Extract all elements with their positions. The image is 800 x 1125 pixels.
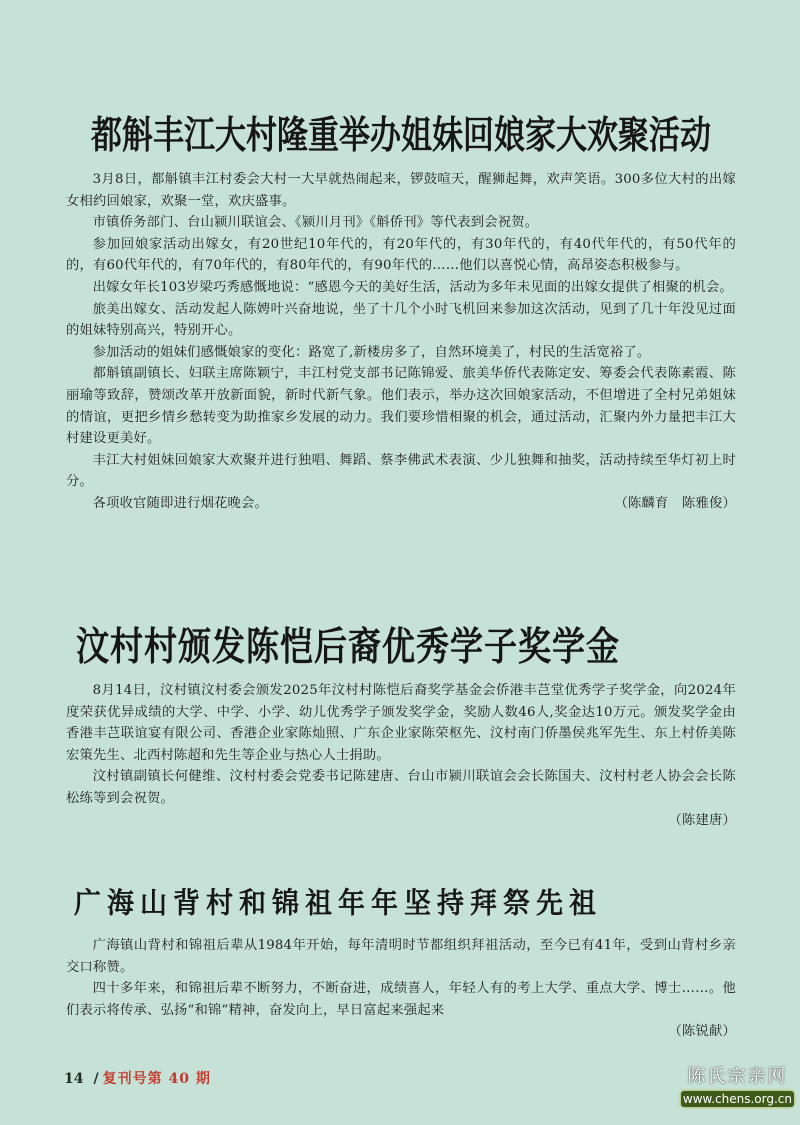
paragraph: 都斛镇副镇长、妇联主席陈颖宁，丰江村党支部书记陈锦爱、旅美华侨代表陈定安、筹委会… [66, 363, 736, 449]
article-wencun-scholarship: 汶村村颁发陈恺后裔优秀学子奖学金 8月14日，汶村镇汶村委会颁发2025年汶村村… [66, 622, 736, 831]
footer-separator: / [93, 1071, 98, 1087]
article-title: 都斛丰江大村隆重举办姐妹回娘家大欢聚活动 [66, 107, 736, 166]
article-fengjiang-reunion: 都斛丰江大村隆重举办姐妹回娘家大欢聚活动 3月8日，都斛镇丰江村委会大村一大早就… [66, 112, 736, 515]
paragraph: 3月8日，都斛镇丰江村委会大村一大早就热闹起来，锣鼓喧天，醒狮起舞，欢声笑语。3… [66, 169, 736, 212]
paragraph: 市镇侨务部门、台山颍川联谊会、《颍川月刊》《斛侨刊》等代表到会祝贺。 [66, 212, 736, 234]
article-title: 广海山背村和锦祖年年坚持拜祭先祖 [66, 881, 736, 927]
paragraph: 出嫁女年长103岁梁巧秀感慨地说：“感恩今天的美好生活，活动为多年未见面的出嫁女… [66, 277, 736, 299]
issue-label: 复刊号第 40 期 [103, 1071, 211, 1087]
paragraph-with-byline: （陈麟育 陈雅俊）各项收官随即进行烟花晚会。 [66, 493, 736, 515]
article-body: 8月14日，汶村镇汶村委会颁发2025年汶村村陈恺后裔奖学基金会侨港丰芑堂优秀学… [66, 680, 736, 831]
article-title: 汶村村颁发陈恺后裔优秀学子奖学金 [66, 618, 736, 677]
byline: （陈建唐） [66, 810, 736, 832]
paragraph: 8月14日，汶村镇汶村委会颁发2025年汶村村陈恺后裔奖学基金会侨港丰芑堂优秀学… [66, 680, 736, 766]
byline: （陈麟育 陈雅俊） [615, 493, 736, 515]
article-shanbei-ancestor-worship: 广海山背村和锦祖年年坚持拜祭先祖 广海镇山背村和锦祖后辈从1984年开始，每年清… [66, 882, 736, 1043]
page-number: 14 [64, 1071, 83, 1087]
watermark-site-name: 陈氏宗亲网 [681, 1066, 794, 1088]
paragraph: 丰江大村姐妹回娘家大欢聚并进行独唱、舞蹈、蔡李佛武术表演、少儿独舞和抽奖，活动持… [66, 450, 736, 493]
paragraph: 参加活动的姐妹们感慨娘家的变化：路宽了,新楼房多了，自然环境美了，村民的生活宽裕… [66, 342, 736, 364]
paragraph: 旅美出嫁女、活动发起人陈娉叶兴奋地说，坐了十几个小时飞机回来参加这次活动，见到了… [66, 299, 736, 342]
article-body: 3月8日，都斛镇丰江村委会大村一大早就热闹起来，锣鼓喧天，醒狮起舞，欢声笑语。3… [66, 169, 736, 515]
paragraph: 四十多年来，和锦祖后辈不断努力，不断奋进，成绩喜人，年轻人有的考上大学、重点大学… [66, 978, 736, 1021]
paragraph: 汶村镇副镇长何健维、汶村村委会党委书记陈建唐、台山市颍川联谊会会长陈国夫、汶村村… [66, 766, 736, 809]
article-body: 广海镇山背村和锦祖后辈从1984年开始，每年清明时节都组织拜祖活动，至今已有41… [66, 935, 736, 1043]
watermark-url: www.chens.org.cn [681, 1091, 794, 1107]
page-footer: 14/复刊号第 40 期 [64, 1068, 211, 1088]
paragraph: 广海镇山背村和锦祖后辈从1984年开始，每年清明时节都组织拜祖活动，至今已有41… [66, 935, 736, 978]
paragraph: 参加回娘家活动出嫁女，有20世纪10年代的，有20年代的，有30年代的，有40代… [66, 234, 736, 277]
byline: （陈锐献） [66, 1021, 736, 1043]
site-watermark: 陈氏宗亲网 www.chens.org.cn [681, 1066, 794, 1107]
paragraph-text: 各项收官随即进行烟花晚会。 [93, 496, 268, 511]
